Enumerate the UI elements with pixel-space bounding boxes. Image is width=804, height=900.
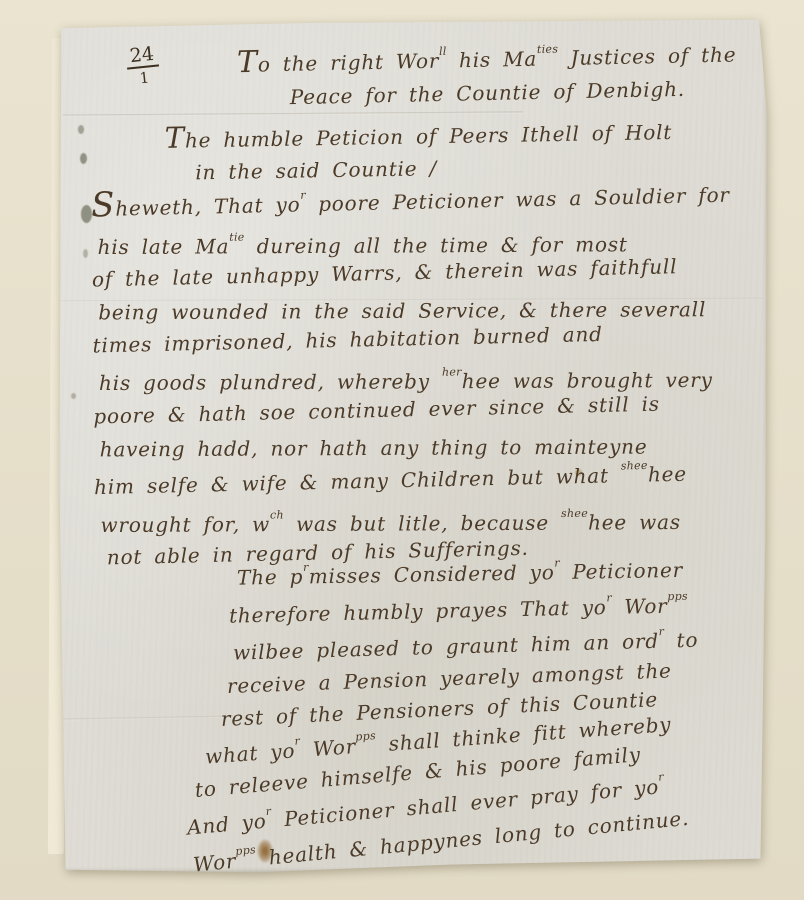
folio-numerator: 24 — [125, 43, 159, 69]
petition-body: Sheweth, That yor poore Peticioner was a… — [91, 182, 755, 575]
folio-denominator: 1 — [127, 66, 161, 89]
paper-sheet: 24 1 To the right Worll his Maties Justi… — [57, 17, 769, 874]
ink-blot — [71, 393, 76, 399]
archival-folio-number: 24 1 — [125, 43, 162, 89]
ink-blot — [80, 153, 87, 164]
manuscript-scan: 24 1 To the right Worll his Maties Justi… — [0, 0, 804, 900]
paper-wrap: 24 1 To the right Worll his Maties Justi… — [57, 17, 769, 874]
ink-blot — [78, 125, 84, 134]
ink-blot — [83, 249, 88, 258]
petition-prayer: The prmisses Considered yor Peticionerth… — [209, 557, 804, 882]
petition-heading: To the right Worll his Maties Justices o… — [206, 33, 767, 115]
